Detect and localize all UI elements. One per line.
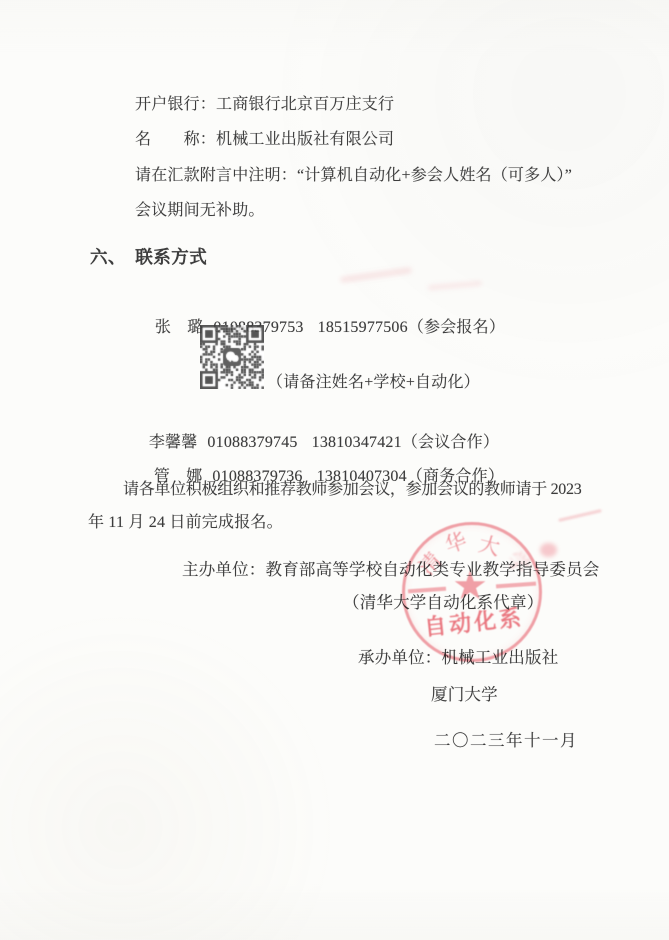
seal-arc-char: 大 <box>476 528 504 562</box>
organizer-line: 主办单位：教育部高等学校自动化类专业教学指导委员会 <box>182 560 600 580</box>
qr-caption: （请备注姓名+学校+自动化） <box>267 373 480 393</box>
seal-right-bar <box>496 582 536 588</box>
wechat-qr-code <box>200 325 264 389</box>
section-heading-contact-info: 六、 联系方式 <box>90 247 207 267</box>
ink-smudge <box>540 543 557 557</box>
xiamen-university-line: 厦门大学 <box>431 685 498 705</box>
no-subsidy-line: 会议期间无补助。 <box>135 201 265 221</box>
bank-line-account-bank: 开户银行：工商银行北京百万庄支行 <box>135 95 394 115</box>
ink-streak <box>558 509 602 522</box>
date-line: 二〇二三年十一月 <box>434 731 578 751</box>
seal-left-bar <box>408 587 446 593</box>
seal-arc-char: 华 <box>441 524 471 559</box>
contact-line-registration: 张 璐0108837975318515977506（参会报名） <box>138 298 505 358</box>
contact-name: 张 璐 <box>155 319 204 336</box>
ink-transfer-mark <box>340 267 412 283</box>
bank-line-account-name: 名 称：机械工业出版社有限公司 <box>135 130 394 150</box>
tsinghua-automation-seal: 清 华 大 学 ★ 自动化系 <box>402 522 542 662</box>
ink-transfer-mark <box>428 281 482 291</box>
organizer-seal-note: （清华大学自动化系代章） <box>343 593 543 613</box>
scanned-document-page: 开户银行：工商银行北京百万庄支行 名 称：机械工业出版社有限公司 请在汇款附言中… <box>0 0 669 940</box>
contact-role: （参会报名） <box>408 319 505 336</box>
co-organizer-line: 承办单位：机械工业出版社 <box>358 648 558 668</box>
closing-paragraph-line-2: 年 11 月 24 日前完成报名。 <box>88 513 283 533</box>
contact-mobile-phone: 18515977506 <box>318 319 408 336</box>
seal-circle <box>402 522 542 662</box>
remittance-note-line: 请在汇款附言中注明：“计算机自动化+参会人姓名（可多人）” <box>135 166 572 186</box>
closing-paragraph-line-1: 请各单位积极组织和推荐教师参加会议，参加会议的教师请于 2023 <box>123 480 581 500</box>
